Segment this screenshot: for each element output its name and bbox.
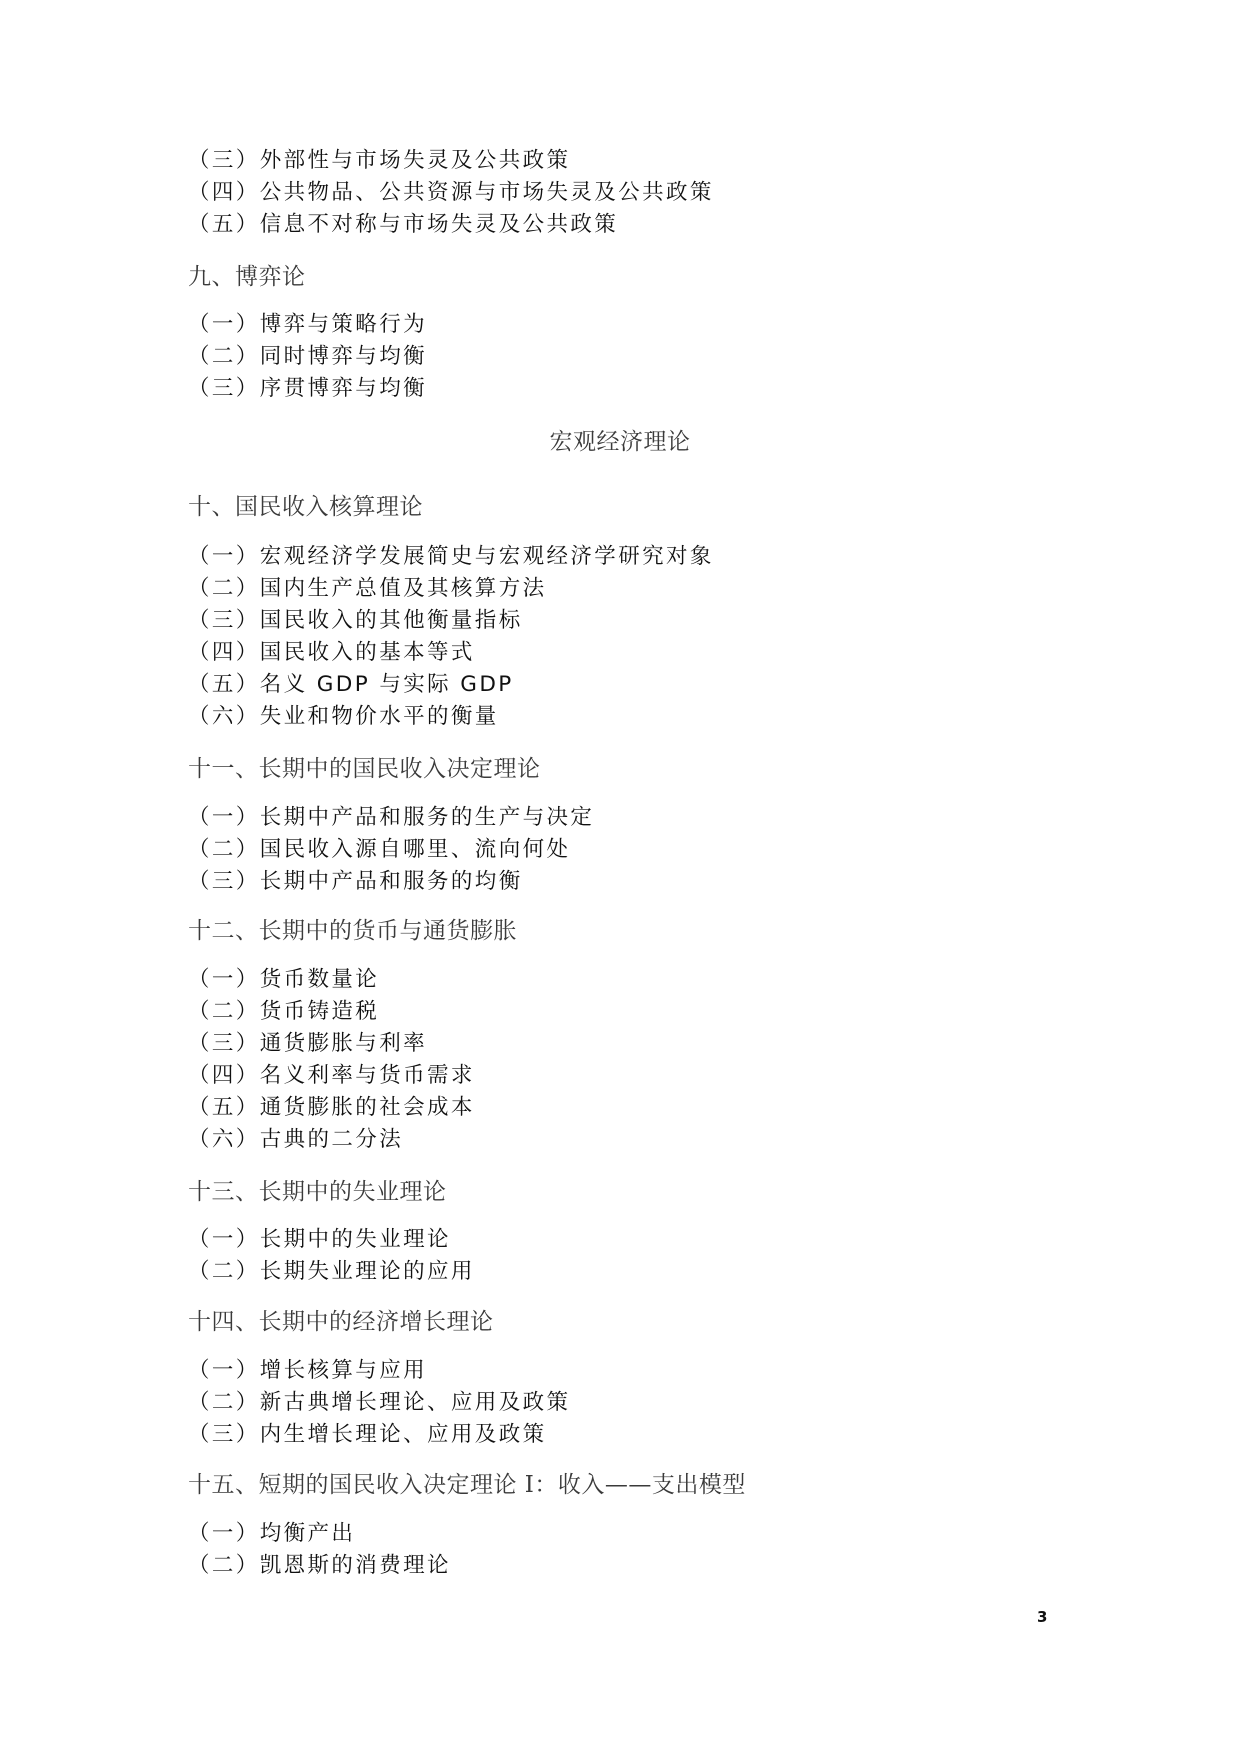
list-item: （三）长期中产品和服务的均衡 — [188, 871, 523, 893]
section-heading: 十三、长期中的失业理论 — [188, 1181, 447, 1204]
list-item: （一）长期中产品和服务的生产与决定 — [188, 807, 594, 829]
list-item: （四）公共物品、公共资源与市场失灵及公共政策 — [188, 182, 714, 204]
list-item: （二）货币铸造税 — [188, 1001, 379, 1023]
list-item: （三）外部性与市场失灵及公共政策 — [188, 150, 570, 172]
section-heading: 十四、长期中的经济增长理论 — [188, 1311, 494, 1334]
part-title: 宏观经济理论 — [0, 431, 1240, 454]
list-item: （四）国民收入的基本等式 — [188, 642, 475, 664]
page-number: 3 — [1037, 1610, 1047, 1625]
list-item: （二）同时博弈与均衡 — [188, 346, 427, 368]
list-item: （一）博弈与策略行为 — [188, 314, 427, 336]
list-item: （六）古典的二分法 — [188, 1129, 403, 1151]
list-item: （三）通货膨胀与利率 — [188, 1033, 427, 1055]
list-item: （五）名义 GDP 与实际 GDP — [188, 674, 514, 696]
list-item: （一）增长核算与应用 — [188, 1360, 427, 1382]
section-heading: 九、博弈论 — [188, 266, 306, 289]
list-item: （二）国民收入源自哪里、流向何处 — [188, 839, 570, 861]
list-item: （三）国民收入的其他衡量指标 — [188, 610, 523, 632]
list-item: （二）长期失业理论的应用 — [188, 1261, 475, 1283]
list-item: （一）均衡产出 — [188, 1523, 355, 1545]
list-item: （一）宏观经济学发展简史与宏观经济学研究对象 — [188, 546, 714, 568]
list-item: （二）凯恩斯的消费理论 — [188, 1555, 451, 1577]
list-item: （五）通货膨胀的社会成本 — [188, 1097, 475, 1119]
section-heading: 十二、长期中的货币与通货膨胀 — [188, 920, 517, 943]
section-heading: 十一、长期中的国民收入决定理论 — [188, 758, 541, 781]
list-item: （四）名义利率与货币需求 — [188, 1065, 475, 1087]
section-heading: 十、国民收入核算理论 — [188, 496, 423, 519]
list-item: （三）序贯博弈与均衡 — [188, 378, 427, 400]
list-item: （六）失业和物价水平的衡量 — [188, 706, 499, 728]
section-heading: 十五、短期的国民收入决定理论 Ⅰ：收入——支出模型 — [188, 1474, 746, 1497]
list-item: （二）新古典增长理论、应用及政策 — [188, 1392, 570, 1414]
list-item: （三）内生增长理论、应用及政策 — [188, 1424, 547, 1446]
document-page: （三）外部性与市场失灵及公共政策 （四）公共物品、公共资源与市场失灵及公共政策 … — [0, 0, 1240, 1754]
list-item: （一）长期中的失业理论 — [188, 1229, 451, 1251]
list-item: （一）货币数量论 — [188, 969, 379, 991]
list-item: （二）国内生产总值及其核算方法 — [188, 578, 547, 600]
list-item: （五）信息不对称与市场失灵及公共政策 — [188, 214, 618, 236]
